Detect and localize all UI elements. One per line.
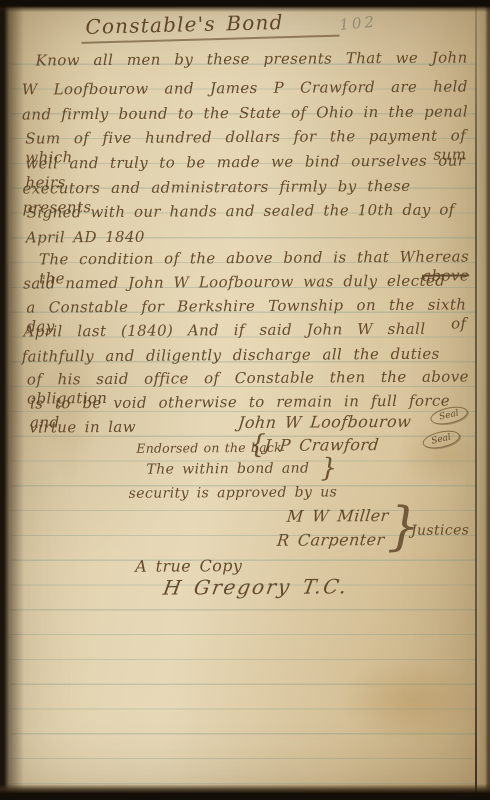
book-bottom-edge — [0, 784, 490, 800]
body-line: and firmly bound to the State of Ohio in… — [22, 102, 468, 124]
justices-label: Justices — [411, 522, 470, 540]
document-title: Constable's Bond — [85, 10, 284, 40]
body-line: Signed with our hands and sealed the 10t… — [27, 201, 455, 223]
clerk-signature: H Gregory T.C. — [161, 574, 350, 600]
handwritten-text-layer: Constable's Bond 102 Know all men by the… — [0, 0, 490, 800]
condition-line: virtue in law — [29, 418, 136, 437]
closing-brace: } — [320, 452, 337, 485]
true-copy-note: A true Copy — [135, 556, 242, 577]
body-line: W Loofbourow and James P Crawford are he… — [22, 77, 468, 99]
justice-signature: R Carpenter — [276, 530, 385, 551]
book-gutter-edge — [0, 0, 24, 800]
ledger-book-page: Constable's Bond 102 Know all men by the… — [0, 0, 490, 800]
justice-signature: M W Miller — [286, 506, 390, 527]
page-edge-line — [475, 4, 477, 794]
body-line: Know all men by these presents That we J… — [36, 48, 468, 70]
pencil-page-number: 102 — [339, 12, 378, 34]
book-top-edge — [0, 0, 490, 12]
page-right-edge — [476, 0, 490, 800]
body-line: April AD 1840 — [26, 228, 145, 248]
endorsement-line: security is approved by us — [129, 484, 338, 503]
endorsement-line: The within bond and — [146, 461, 309, 480]
surety-seal-flourish: Seal — [421, 428, 461, 452]
condition-line: said named John W Loofbourow was duly el… — [23, 272, 445, 294]
condition-line: April last (1840) And if said John W sha… — [23, 320, 425, 342]
condition-line: faithfully and diligently discharge all … — [22, 345, 440, 367]
